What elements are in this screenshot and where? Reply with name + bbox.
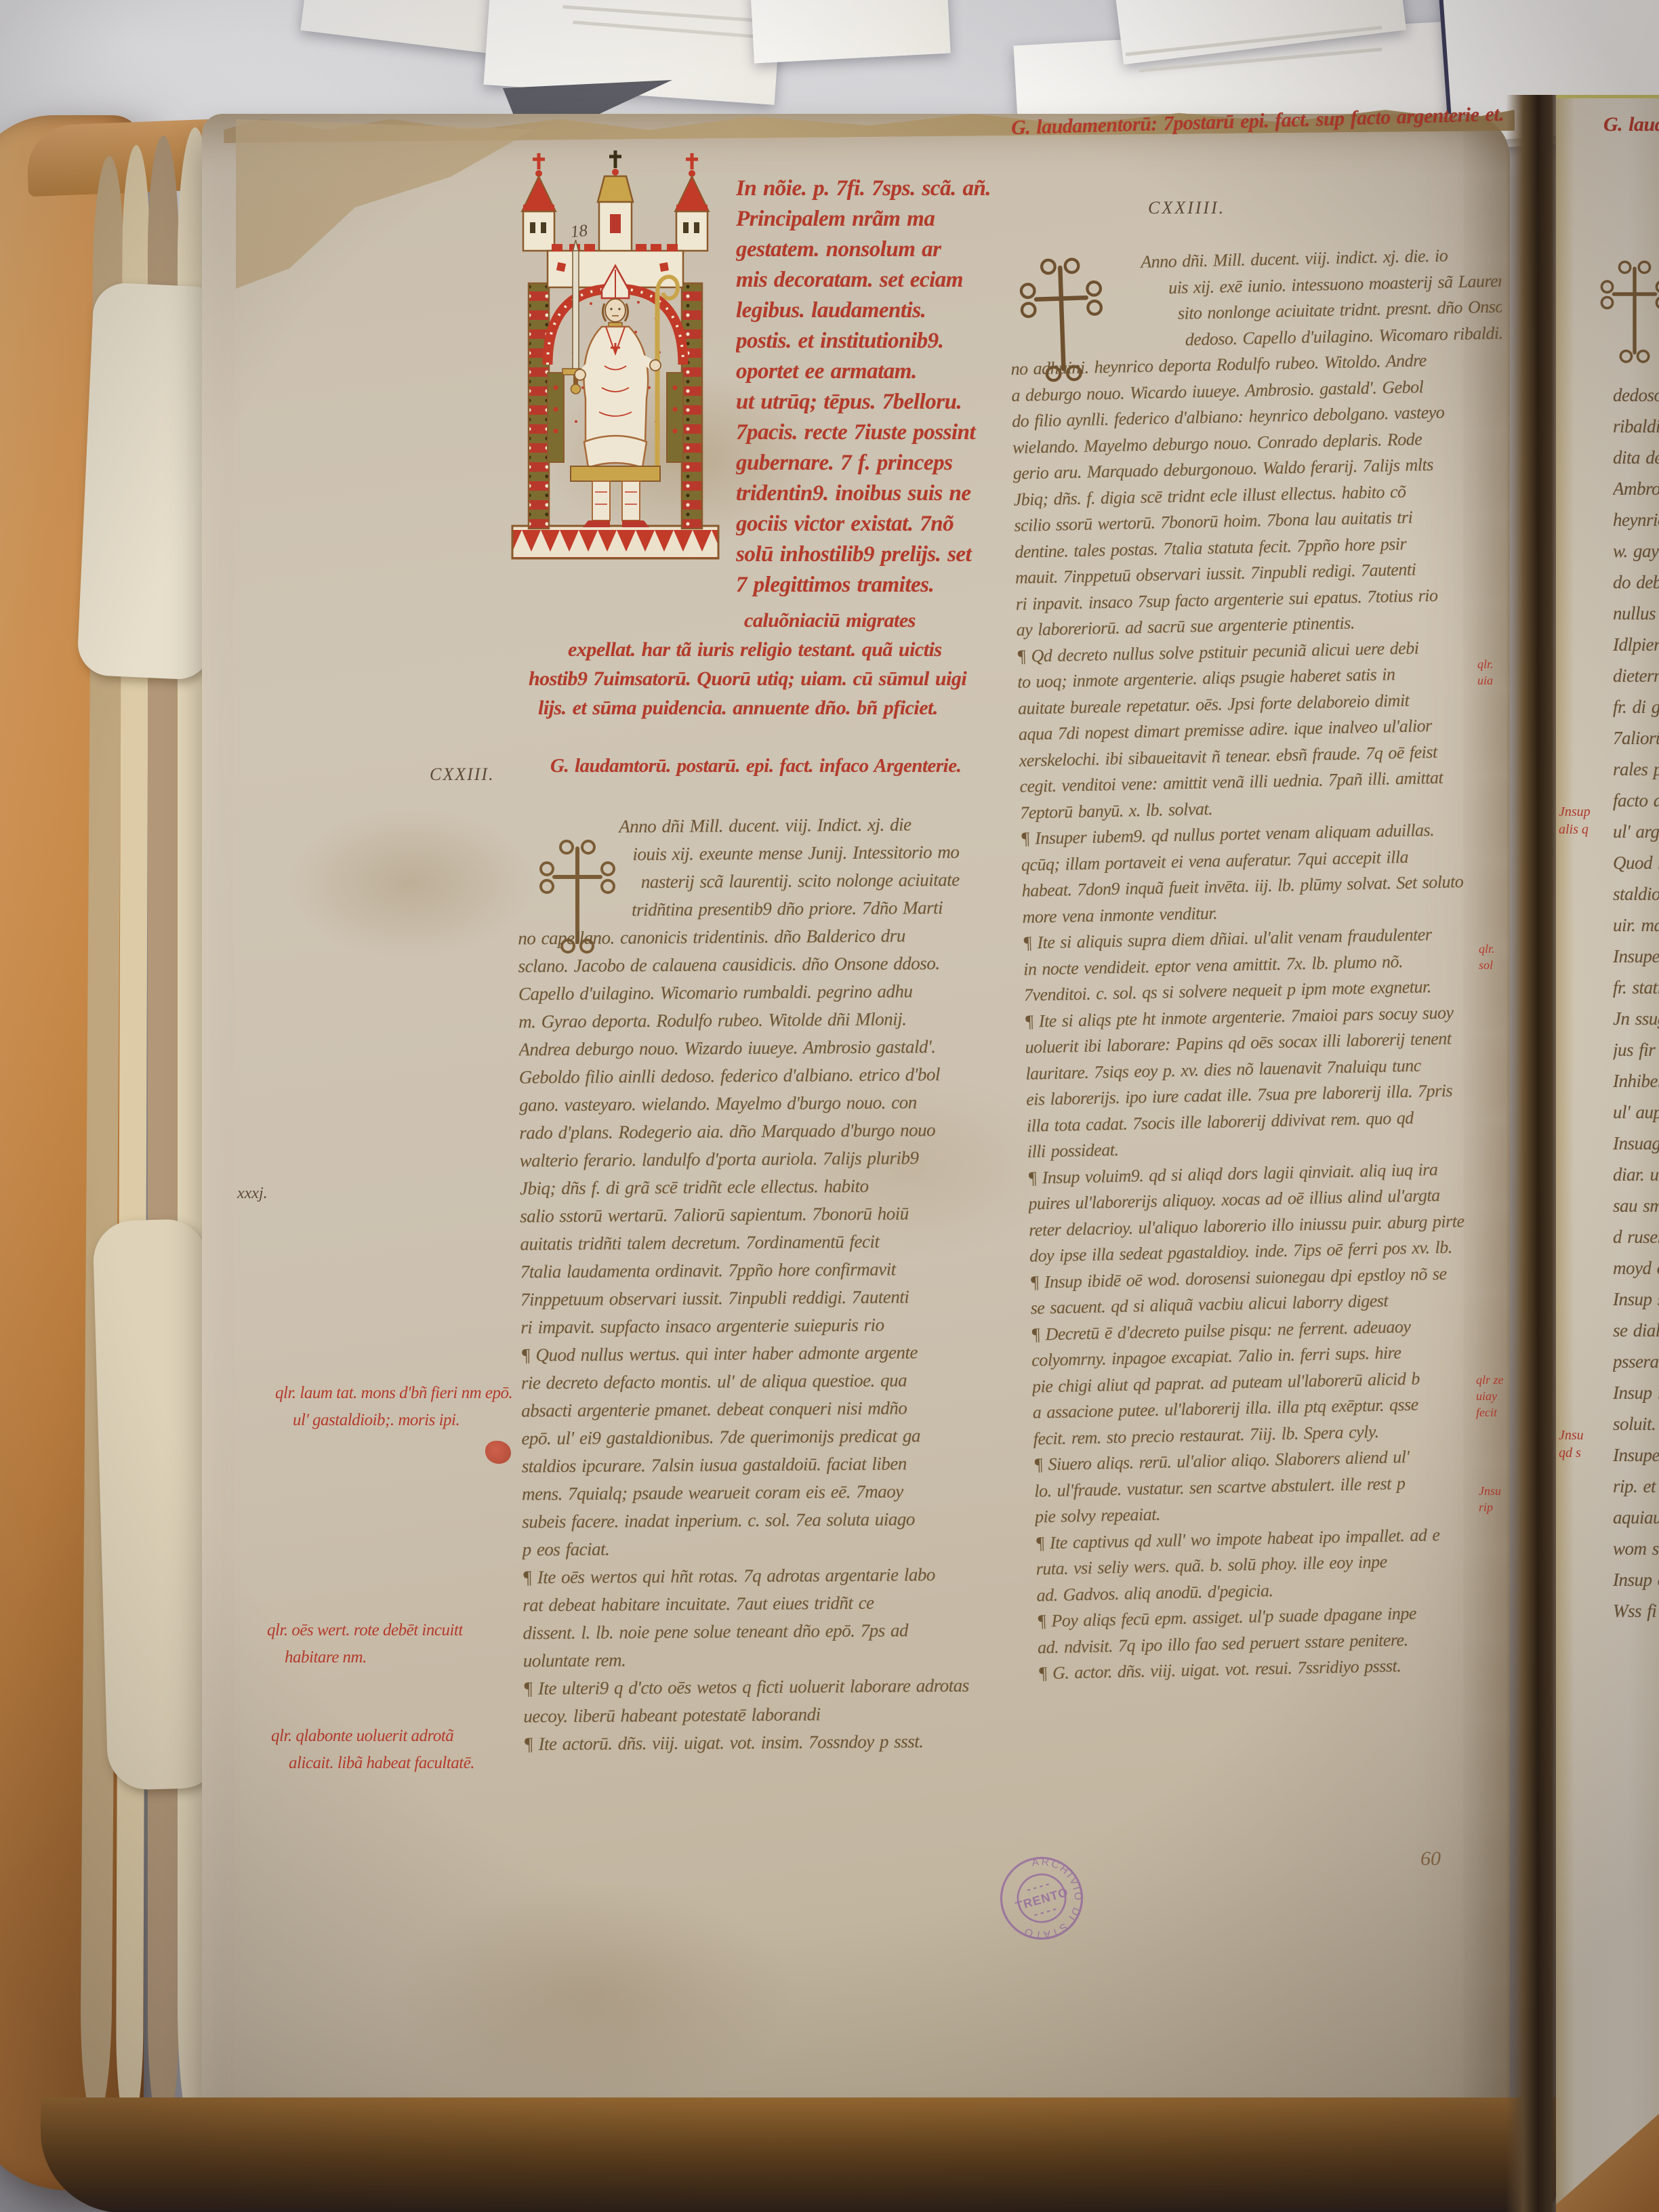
margin-gloss-red: qlr. oēs wert. rote debēt incuitthabitar… [267,1617,463,1671]
next-page-text-fragments: dedoso. fribaldi. pdita depAmbrosiheynri… [1613,380,1659,1626]
text-line: m. Gyrao deporta. Rodulfo rubeo. Witolde… [518,1005,993,1036]
flourished-cross-initial [1598,260,1659,365]
text-line: epō. ul' ei9 gastaldionibus. 7de querimo… [521,1422,996,1453]
folio-number-60: 60 [1420,1847,1441,1870]
gloss-line: qlr ze [1476,1372,1514,1388]
incipit-line: 7pacis. recte 7iuste possint [736,417,995,448]
incipit-line: hostib9 7uimsatorū. Quorū utiq; uiam. cū… [529,664,996,693]
text-line-fragment: dieterna [1613,660,1659,691]
next-page-header-fragment: G. laud [1603,113,1659,136]
text-line: p eos faciat. [522,1533,996,1564]
next-page-red-gloss: Jnsupalis q [1559,803,1591,838]
text-line-fragment: heynrico [1613,504,1659,535]
gutter-gloss-red: qlr zeuiayfecit [1476,1372,1514,1420]
text-line: ri impavit. supfacto insaco argenterie s… [520,1311,995,1342]
text-line-fragment: Inhiberi [1613,1065,1659,1097]
text-line-fragment: 7aliorū s [1613,722,1659,754]
incipit-line: gestatem. nonsolum ar [736,234,995,265]
next-page-red-gloss: Jnsuqd s [1559,1427,1584,1462]
text-line: gano. vasteyaro. wielando. Mayelmo d'bur… [519,1088,994,1120]
incipit-red-text: In nõie. p. 7fi. 7sps. scã. añ.Principal… [736,173,995,607]
text-line-fragment: Insuper [1613,1439,1659,1471]
gloss-line: rip [1479,1499,1517,1515]
incipit-line: ut utrūq; tēpus. 7belloru. [736,387,995,417]
text-line: rie decreto defacto montis. ul' de aliqu… [521,1366,996,1397]
gutter-gloss-red: Jnsurip [1479,1483,1517,1515]
text-line-fragment: sau smo [1613,1190,1659,1221]
incipit-line: gociis victor existat. 7nõ [736,509,995,539]
incipit-line: postis. et institutionib9. [736,326,995,356]
text-line: salio sstorū wertarū. 7aliorū sapientum.… [520,1200,994,1231]
incipit-line: Principalem nrãm ma [736,204,995,234]
text-line-fragment: aquiaus [1613,1502,1659,1533]
incipit-line: mis decoratam. set eciam [736,265,995,295]
text-line: ¶ Quod nullus wertus. qui inter haber ad… [520,1338,995,1370]
text-line-fragment: dita dep [1613,442,1659,473]
text-line: Capello d'uilagino. Wicomario rumbaldi. … [518,977,993,1008]
text-line-fragment: wom sic [1613,1533,1659,1564]
gutter-gloss-red: qlr.sol [1479,941,1517,973]
text-line: Geboldo filio ainlli dedoso. federico d'… [519,1061,994,1092]
text-line-fragment: Wss fi [1613,1595,1659,1626]
text-line-fragment: Insup e [1613,1564,1659,1595]
text-line-fragment: Insuper [1613,941,1659,972]
gloss-line: sol [1479,957,1517,973]
text-line-fragment: pssera. [1613,1346,1659,1377]
margin-roman-numeral: xxxj. [237,1185,268,1203]
gloss-line: Jnsu [1479,1483,1517,1499]
paper-card-stack [750,0,950,64]
text-line-fragment: do debur [1613,567,1659,598]
text-line-fragment: ul' aupi [1613,1097,1659,1128]
incipit-line: oportet ee armatam. [736,356,995,387]
text-line: Andrea deburgo nouo. Wizardo iuueye. Amb… [518,1033,993,1064]
text-line-fragment: soluit. [1613,1408,1659,1439]
text-line-fragment: staldiob [1613,878,1659,909]
next-page-sliver: G. laud dedoso. fribaldi. pdita depAmbro… [1556,95,1659,2212]
text-line-fragment: rales po [1613,754,1659,785]
incipit-line: caluõniaciū migrates [529,606,996,635]
incipit-line: legibus. laudamentis. [736,295,995,326]
gloss-line: uiay [1476,1388,1514,1404]
text-line: 7inppetuum observari iussit. 7inpubli re… [520,1283,995,1314]
text-line-fragment: facto ar [1613,785,1659,816]
text-line-fragment: w. gayet [1613,535,1659,567]
text-line: ¶ Ite oēs wertos qui hñt rotas. 7q adrot… [523,1561,997,1592]
incipit-line: solū inhostilib9 prelijs. set [736,539,995,570]
text-line: ¶ Ite actorū. dñs. viij. uigat. vot. ins… [523,1727,998,1759]
text-line: subeis facere. inadat inperium. c. sol. … [522,1505,996,1536]
text-line-fragment: Idlpiero [1613,629,1659,660]
gloss-line: qlr. qlabonte uoluerit adrotã [271,1723,474,1750]
text-line: dissent. l. lb. noie pene solue teneant … [523,1616,997,1647]
red-gloss-fragment: Jnsup [1559,803,1591,821]
margin-gloss-red: qlr. laum tat. mons d'bñ fieri nm epō.ul… [275,1380,512,1434]
red-gloss-fragment: alis q [1559,821,1591,838]
text-line: sclano. Jacobo de calauena causidicis. d… [518,949,992,981]
text-line: iouis xij. exeunte mense Junij. Intessit… [517,838,991,869]
text-line-fragment: Insup ib [1613,1377,1659,1408]
right-text-column: Anno dñi. Mill. ducent. viij. indict. xj… [1008,242,1531,1709]
incipit-red-continuation: caluõniaciū migratesexpellat. har tã iur… [529,606,996,728]
incipit-line: 7 plegittimos tramites. [736,570,995,600]
text-line: no capellano. canonicis tridentinis. dño… [518,922,992,953]
text-line-fragment: rip. et s [1613,1471,1659,1502]
text-line: walterio ferario. landulfo d'porta aurio… [519,1144,994,1175]
text-line: uoluntate rem. [523,1644,998,1675]
text-line-fragment: ul' argtē [1613,816,1659,847]
gloss-line: qlr. oēs wert. rote debēt incuitt [267,1617,463,1644]
text-line-fragment: Quod n [1613,847,1659,878]
chapter-number-right: CXXIIII. [1148,198,1225,218]
stamp-center-text: TRENTO [1014,1885,1070,1913]
enthroned-bishop-miniature [503,149,728,575]
margin-gloss-red: qlr. qlabonte uoluerit adrotãalicait. li… [271,1723,474,1777]
text-line-fragment: uir. mai [1613,909,1659,941]
text-line: staldios ipcurare. 7alsin iusua gastaldo… [522,1450,996,1481]
text-line: auitatis tridñti talem decretum. 7ordina… [520,1227,994,1258]
text-line: rat debeat habitare incuitate. 7aut eiue… [523,1589,997,1620]
red-gloss-fragment: qd s [1559,1444,1584,1462]
text-line-fragment: d rusero [1613,1221,1659,1252]
text-line: Jbiq; dñs f. di grã scē tridñt ecle elle… [520,1172,994,1203]
red-gloss-fragment: Jnsu [1559,1427,1584,1444]
gloss-line: qlr. [1479,941,1517,957]
incipit-line: In nõie. p. 7fi. 7sps. scã. añ. [736,173,995,204]
rubric-left: G. laudamtorū. postarū. epi. fact. infac… [550,755,961,777]
gloss-line: uia [1477,672,1515,689]
gloss-line: ul' gastaldioib;. moris ipi. [275,1407,512,1434]
gutter-gloss-red: qlr.uia [1477,656,1515,689]
gloss-line: habitare nm. [267,1644,463,1671]
text-line: nasterij scã laurentij. scito nolonge ac… [518,866,992,897]
text-line-fragment: Insuagi [1613,1128,1659,1159]
gloss-line: fecit [1476,1404,1514,1420]
text-line: uecoy. liberū habeant potestatē laborand… [523,1700,998,1731]
incipit-line: tridentin9. inoibus suis ne [736,478,995,509]
manuscript-photo: G. laud dedoso. fribaldi. pdita depAmbro… [0,0,1659,2212]
incipit-line: gubernare. 7 f. princeps [736,448,995,478]
chapter-number-margin: CXXIII. [430,764,495,785]
text-line: 7talia laudamenta ordinavit. 7ppño hore … [520,1255,995,1286]
text-line-fragment: fr. di gr [1613,691,1659,722]
text-line-fragment: diar. ul [1613,1159,1659,1190]
left-text-column: Anno dñi Mill. ducent. viij. Indict. xj.… [517,811,998,1776]
text-line-fragment: nullus q [1613,598,1659,629]
book-bottom-edge [41,2097,1559,2212]
text-line-fragment: fr. stati [1613,972,1659,1003]
text-line: ¶ Ite ulteri9 q d'cto oēs wetos q ficti … [523,1672,998,1703]
text-line-fragment: Jn ssug [1613,1003,1659,1034]
gloss-line: alicait. libã habeat facultatē. [271,1750,474,1777]
incipit-line: lijs. et sūma puidencia. annuente dño. b… [529,693,996,722]
incipit-line: expellat. har tã iuris religio testant. … [529,635,996,664]
paper-card [300,0,496,54]
leather-corner [1556,2114,1659,2212]
gloss-line: qlr. laum tat. mons d'bñ fieri nm epō. [275,1380,512,1407]
text-line: absacti argenterie pmanet. debeat conque… [521,1394,996,1425]
red-ink-blot [485,1441,511,1464]
text-line-fragment: Ambrosi [1613,473,1659,504]
text-line-fragment: ribaldi. p [1613,411,1659,442]
text-line-fragment: se diali [1613,1315,1659,1346]
text-line-fragment: Insup si [1613,1284,1659,1315]
text-line-fragment: dedoso. f [1613,380,1659,411]
text-line-fragment: jus fir s [1613,1034,1659,1065]
text-line-fragment: moyd oc [1613,1252,1659,1284]
text-line: rado d'plans. Rodegerio aia. dño Marquad… [519,1116,994,1147]
gloss-line: qlr. [1477,656,1515,672]
text-line: mens. 7quialq; psaude wearueit coram eis… [522,1477,996,1509]
text-line: tridñtina presentib9 dño priore. 7dño Ma… [518,894,992,925]
text-line: Anno dñi Mill. ducent. viij. Indict. xj.… [517,811,991,842]
